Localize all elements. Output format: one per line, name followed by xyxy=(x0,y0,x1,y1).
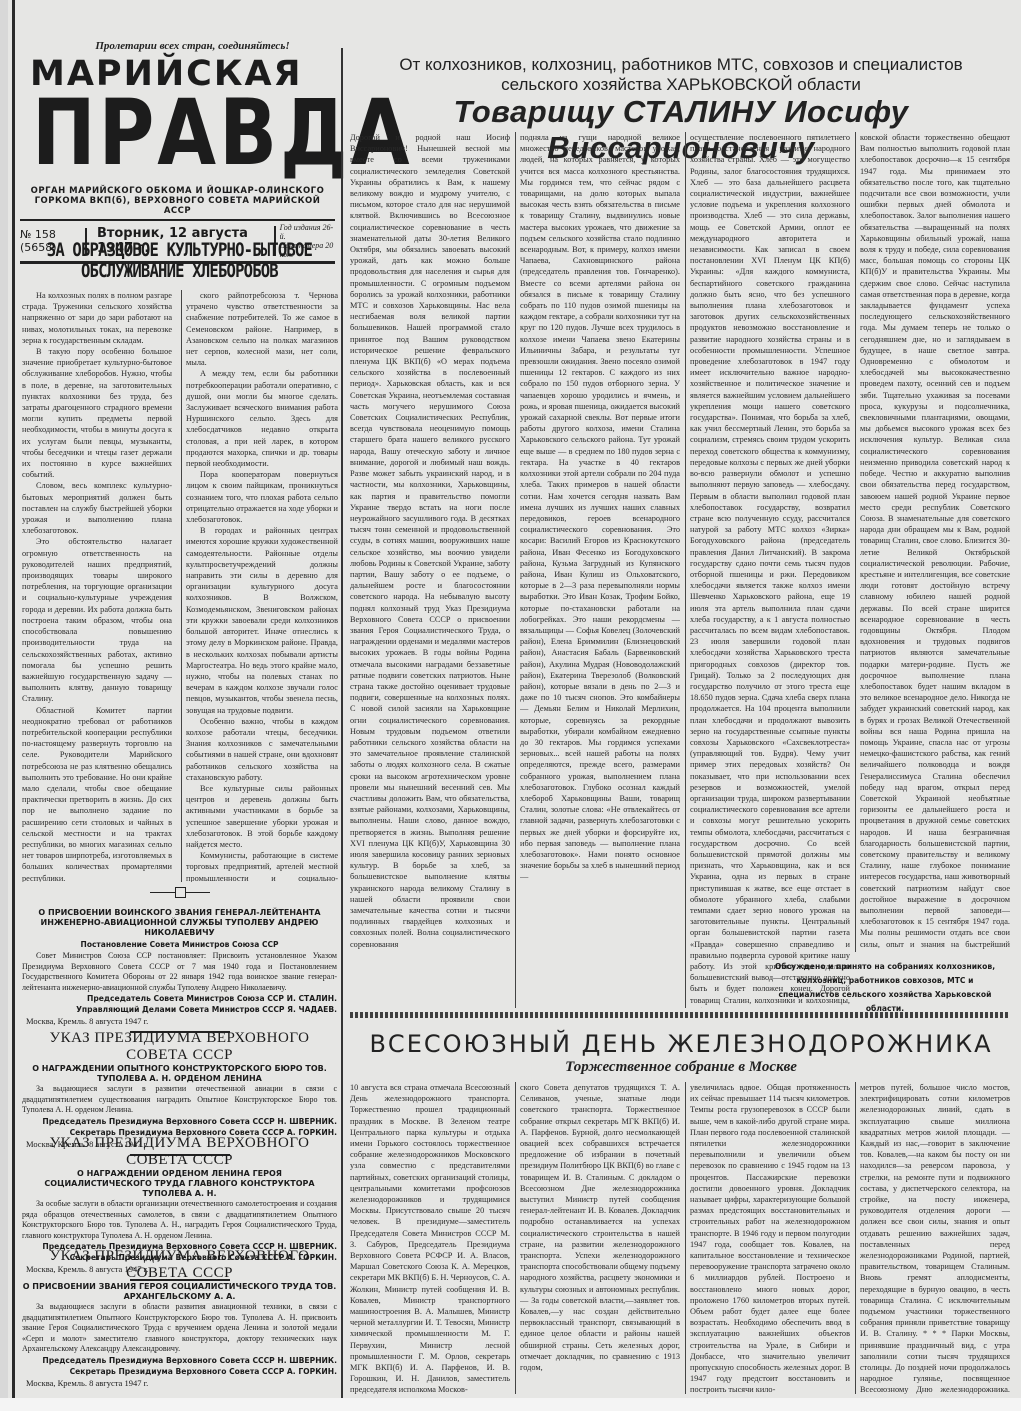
paragraph: Словом, весь комплекс культурно-бытовых … xyxy=(22,480,172,536)
editorial-column-2: ского райпотребсоюза т. Чернова утрачено… xyxy=(186,290,338,882)
decree-place-date: Москва, Кремль. 8 августа 1947 г. xyxy=(22,1377,337,1389)
page-left-edge xyxy=(12,0,15,1411)
decree-signature: Председатель Президиума Верховного Совет… xyxy=(22,1355,337,1366)
paragraph: Это обстоятельство налагает огромную отв… xyxy=(22,536,172,704)
masthead-title-line2: ПРАВДА xyxy=(32,92,335,174)
paragraph: А между тем, если бы работники потребкоо… xyxy=(186,368,338,469)
railway-column-4: метров путей, большое число мостов, элек… xyxy=(860,1082,1010,1394)
paragraph: Пора кооператорам повернуться лицом к св… xyxy=(186,469,338,525)
masthead-motto: Пролетарии всех стран, соединяйтесь! xyxy=(50,40,335,52)
organ-line1: ОРГАН МАРИЙСКОГО ОБКОМА И ЙОШКАР-ОЛИНСКО… xyxy=(20,186,335,196)
editorial-column-1: На колхозных полях в полном разгаре стра… xyxy=(22,290,172,882)
wavy-divider xyxy=(350,1012,1010,1018)
decree-signature: Председатель Совета Министров Союза ССР … xyxy=(22,993,337,1004)
decree-place-date: Москва, Кремль. 8 августа 1947 г. xyxy=(22,1015,337,1027)
letter-closing-note: Обсуждено и принято на собраниях колхозн… xyxy=(770,960,1000,1016)
decree-body: За выдающиеся заслуги в развитии отечест… xyxy=(22,1084,337,1116)
column-rule xyxy=(515,1082,516,1394)
editorial-headline-line2: ОБСЛУЖИВАНИЕ ХЛЕБОРОБОВ xyxy=(22,261,337,282)
paragraph: В городах и районных центрах имеются хор… xyxy=(186,525,338,715)
column-rule xyxy=(685,132,686,1008)
organ-line2: ГОРКОМА ВКП(б), ВЕРХОВНОГО СОВЕТА МАРИЙС… xyxy=(20,196,335,216)
decree-signature: Председатель Президиума Верховного Совет… xyxy=(22,1116,337,1127)
railway-column-2: ского Совета депутатов трудящихся Т. А. … xyxy=(520,1082,680,1394)
paragraph: В такую пору особенно большое значение п… xyxy=(22,346,172,480)
decree-kicker: О ПРИСВОЕНИИ ЗВАНИЯ ГЕРОЯ СОЦИАЛИСТИЧЕСК… xyxy=(22,1282,337,1302)
editorial-headline-line1: ЗА ОБРАЗЦОВОЕ КУЛЬТУРНО-БЫТОВОЕ xyxy=(22,240,337,261)
letter-column-2: подняла из гущи народной великое множест… xyxy=(520,132,680,1008)
decree-kicker: О ПРИСВОЕНИИ ВОИНСКОГО ЗВАНИЯ ГЕНЕРАЛ-ЛЕ… xyxy=(22,908,337,938)
main-column-divider xyxy=(341,48,343,1408)
column-rule xyxy=(685,1082,686,1394)
paragraph: Областной Комитет партии неоднократно тр… xyxy=(22,705,172,882)
paragraph: Коммунисты, работающие в системе торговы… xyxy=(186,850,338,882)
ornament-box xyxy=(175,887,186,898)
paragraph: Особенно важно, чтобы в каждом колхозе р… xyxy=(186,716,338,783)
decree-ukaz-heading: УКАЗ ПРЕЗИДИУМА ВЕРХОВНОГО СОВЕТА СССР xyxy=(22,1030,337,1064)
railway-column-3: увеличилась вдвое. Общая протяженность и… xyxy=(690,1082,850,1394)
decree-signature: Управляющий Делами Совета Министров СССР… xyxy=(22,1004,337,1015)
decree-kicker: О НАГРАЖДЕНИИ ОРДЕНОМ ЛЕНИНА ГЕРОЯ СОЦИА… xyxy=(22,1169,337,1199)
decree-signature: Секретарь Президиума Верховного Совета С… xyxy=(22,1366,337,1377)
column-rule xyxy=(181,290,182,882)
railway-headline: ВСЕСОЮЗНЫЙ ДЕНЬ ЖЕЛЕЗНОДОРОЖНИКА xyxy=(345,1030,1017,1058)
column-rule xyxy=(855,1082,856,1394)
railway-column-1: 10 августа вся страна отмечала Всесоюзны… xyxy=(350,1082,510,1394)
masthead: Пролетарии всех стран, соединяйтесь! МАР… xyxy=(20,40,335,264)
paragraph: ского райпотребсоюза т. Чернова утрачено… xyxy=(186,290,338,368)
decree-kicker: О НАГРАЖДЕНИИ ОПЫТНОГО КОНСТРУКТОРСКОГО … xyxy=(22,1064,337,1084)
decree-tupolev-rank: О ПРИСВОЕНИИ ВОИНСКОГО ЗВАНИЯ ГЕНЕРАЛ-ЛЕ… xyxy=(22,908,337,1037)
decree-subtitle: Постановление Совета Министров Союза ССР xyxy=(22,940,337,949)
column-rule xyxy=(855,132,856,952)
paragraph: Все культурные силы районных центров и д… xyxy=(186,783,338,850)
decree-arkhangelsky-hero: УКАЗ ПРЕЗИДИУМА ВЕРХОВНОГО СОВЕТА СССР О… xyxy=(22,1248,337,1389)
letter-kicker-line1: От колхозников, колхозниц, работников МТ… xyxy=(345,55,1017,75)
editorial-headline: ЗА ОБРАЗЦОВОЕ КУЛЬТУРНО-БЫТОВОЕ ОБСЛУЖИВ… xyxy=(22,240,337,282)
letter-kicker-line2: сельского хозяйства ХАРЬКОВСКОЙ области xyxy=(345,75,1017,95)
decree-ukaz-heading: УКАЗ ПРЕЗИДИУМА ВЕРХОВНОГО СОВЕТА СССР xyxy=(22,1135,337,1169)
letter-column-3: осуществление послевоенного пятилетнего … xyxy=(690,132,850,1008)
column-rule xyxy=(515,132,516,1008)
decree-ukaz-heading: УКАЗ ПРЕЗИДИУМА ВЕРХОВНОГО СОВЕТА СССР xyxy=(22,1248,337,1282)
railway-subtitle: Торжественное собрание в Москве xyxy=(345,1059,1017,1076)
scan-bottom-edge xyxy=(0,1398,1021,1411)
letter-column-4: ковской области торжественно обещают Вам… xyxy=(860,132,1010,952)
letter-kicker: От колхозников, колхозниц, работников МТ… xyxy=(345,55,1017,95)
decree-body: Совет Министров Союза ССР постановляет: … xyxy=(22,951,337,993)
decree-body: За особые заслуги в области организации … xyxy=(22,1199,337,1241)
paragraph: На колхозных полях в полном разгаре стра… xyxy=(22,290,172,346)
letter-column-1: Дорогой и родной наш Иосиф Виссарионович… xyxy=(350,132,510,1008)
ornament-divider xyxy=(150,887,210,897)
masthead-organ: ОРГАН МАРИЙСКОГО ОБКОМА И ЙОШКАР-ОЛИНСКО… xyxy=(20,186,335,216)
decree-body: За выдающиеся заслуги в области развития… xyxy=(22,1302,337,1355)
